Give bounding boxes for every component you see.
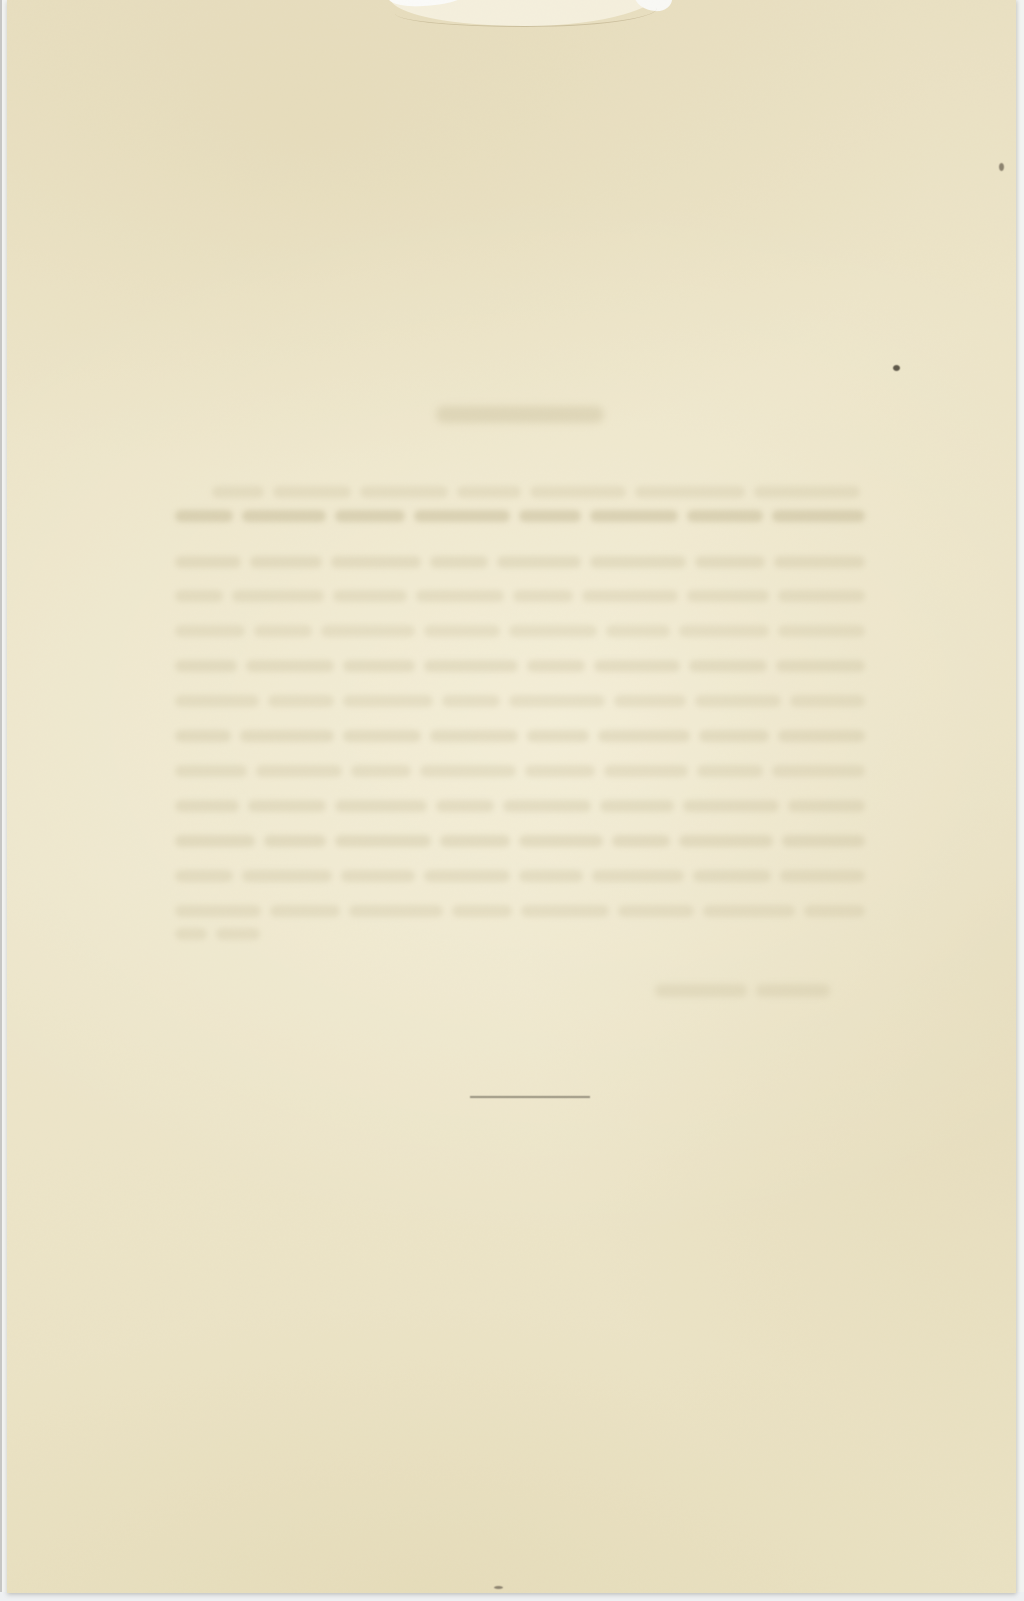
separator-rule xyxy=(470,1096,590,1098)
faded-word-smudge xyxy=(776,660,865,672)
faded-word-smudge xyxy=(756,984,830,997)
faded-word-smudge xyxy=(519,835,603,847)
faded-word-smudge xyxy=(273,486,351,498)
faded-word-smudge xyxy=(695,556,765,568)
faded-word-smudge xyxy=(424,660,518,672)
faded-line-smudge xyxy=(175,835,865,847)
faded-word-smudge xyxy=(175,510,233,522)
faded-word-smudge xyxy=(697,765,763,777)
faded-word-smudge xyxy=(683,800,779,812)
bottom-fleck xyxy=(494,1586,503,1589)
faded-word-smudge xyxy=(414,510,510,522)
faded-word-smudge xyxy=(590,556,686,568)
faded-word-smudge xyxy=(175,905,261,917)
faded-line-smudge xyxy=(175,590,865,602)
faded-word-smudge xyxy=(452,905,512,917)
faded-word-smudge xyxy=(264,835,326,847)
faded-word-smudge xyxy=(592,870,684,882)
faded-word-smudge xyxy=(175,695,259,707)
faded-line-smudge xyxy=(212,486,860,498)
faded-word-smudge xyxy=(703,905,795,917)
faded-word-smudge xyxy=(790,695,865,707)
faded-word-smudge xyxy=(436,800,494,812)
faded-word-smudge xyxy=(509,695,605,707)
faded-word-smudge xyxy=(242,870,332,882)
faded-word-smudge xyxy=(655,984,747,997)
faded-word-smudge xyxy=(335,510,405,522)
faded-word-smudge xyxy=(527,730,589,742)
faded-word-smudge xyxy=(687,590,769,602)
faded-word-smudge xyxy=(175,765,247,777)
faded-word-smudge xyxy=(527,660,585,672)
faded-word-smudge xyxy=(782,835,865,847)
faded-word-smudge xyxy=(772,765,865,777)
faded-line-smudge xyxy=(175,625,865,637)
faded-word-smudge xyxy=(416,590,504,602)
faded-word-smudge xyxy=(442,695,500,707)
faded-word-smudge xyxy=(582,590,678,602)
tear-outline xyxy=(395,1,657,29)
faded-signature-smudge xyxy=(655,984,830,997)
faded-line-smudge xyxy=(175,660,865,672)
faded-word-smudge xyxy=(351,765,411,777)
faded-word-smudge xyxy=(333,590,407,602)
faded-word-smudge xyxy=(513,590,573,602)
faded-word-smudge xyxy=(519,870,583,882)
faded-word-smudge xyxy=(693,870,771,882)
faded-word-smudge xyxy=(503,800,591,812)
faded-word-smudge xyxy=(436,406,604,423)
faded-word-smudge xyxy=(270,905,340,917)
scan-background: { "page": { "kind_label": "blank scanned… xyxy=(0,0,1024,1601)
faded-word-smudge xyxy=(614,695,686,707)
faded-line-smudge xyxy=(175,556,865,568)
faded-word-smudge xyxy=(689,660,767,672)
faded-word-smudge xyxy=(240,730,334,742)
faded-heading-smudge xyxy=(436,406,604,423)
faded-word-smudge xyxy=(497,556,581,568)
faded-word-smudge xyxy=(175,590,223,602)
scanner-left-edge-line xyxy=(0,0,2,1601)
faded-word-smudge xyxy=(430,730,518,742)
faded-word-smudge xyxy=(212,486,264,498)
faded-line-smudge xyxy=(175,928,260,940)
faded-word-smudge xyxy=(335,800,427,812)
faded-word-smudge xyxy=(175,556,241,568)
faded-line-smudge xyxy=(175,765,865,777)
faded-word-smudge xyxy=(250,556,322,568)
faded-word-smudge xyxy=(175,835,255,847)
faded-word-smudge xyxy=(242,510,326,522)
faded-word-smudge xyxy=(509,625,597,637)
scanner-bottom-strip xyxy=(0,1592,1024,1601)
faded-word-smudge xyxy=(679,835,773,847)
faded-word-smudge xyxy=(774,556,865,568)
faded-line-smudge xyxy=(175,695,865,707)
faded-word-smudge xyxy=(679,625,769,637)
faded-word-smudge xyxy=(519,510,581,522)
faded-word-smudge xyxy=(590,510,678,522)
faded-word-smudge xyxy=(695,695,781,707)
faded-word-smudge xyxy=(778,590,865,602)
faded-word-smudge xyxy=(341,870,415,882)
faded-word-smudge xyxy=(699,730,769,742)
faded-word-smudge xyxy=(612,835,670,847)
faded-word-smudge xyxy=(600,800,674,812)
faded-word-smudge xyxy=(175,730,231,742)
faded-word-smudge xyxy=(780,870,865,882)
faded-word-smudge xyxy=(606,625,670,637)
faded-word-smudge xyxy=(331,556,421,568)
faded-word-smudge xyxy=(778,730,865,742)
faded-word-smudge xyxy=(424,625,500,637)
faded-word-smudge xyxy=(343,660,415,672)
faded-word-smudge xyxy=(687,510,763,522)
faded-word-smudge xyxy=(175,660,237,672)
paper-grain-texture xyxy=(7,0,1016,1593)
faded-word-smudge xyxy=(754,486,860,498)
faded-line-smudge xyxy=(175,730,865,742)
faded-word-smudge xyxy=(360,486,448,498)
faded-word-smudge xyxy=(248,800,326,812)
faded-word-smudge xyxy=(604,765,688,777)
faded-word-smudge xyxy=(635,486,745,498)
faded-line-smudge xyxy=(175,800,865,812)
faded-word-smudge xyxy=(804,905,865,917)
faded-word-smudge xyxy=(343,730,421,742)
faded-word-smudge xyxy=(594,660,680,672)
faded-word-smudge xyxy=(598,730,690,742)
faded-word-smudge xyxy=(175,625,245,637)
faded-word-smudge xyxy=(525,765,595,777)
faded-word-smudge xyxy=(349,905,443,917)
faded-word-smudge xyxy=(232,590,324,602)
faded-line-smudge xyxy=(175,870,865,882)
faded-word-smudge xyxy=(521,905,609,917)
faded-word-smudge xyxy=(788,800,865,812)
faded-word-smudge xyxy=(254,625,312,637)
faded-word-smudge xyxy=(457,486,521,498)
scanned-page xyxy=(7,0,1016,1593)
faded-word-smudge xyxy=(256,765,342,777)
faded-word-smudge xyxy=(424,870,510,882)
faded-line-smudge xyxy=(175,905,865,917)
faded-word-smudge xyxy=(772,510,865,522)
faded-word-smudge xyxy=(175,928,207,940)
faded-word-smudge xyxy=(430,556,488,568)
ink-speck xyxy=(893,365,900,371)
faded-word-smudge xyxy=(216,928,260,940)
faded-line-smudge xyxy=(175,510,865,522)
faded-word-smudge xyxy=(246,660,334,672)
right-fleck xyxy=(999,163,1004,171)
faded-word-smudge xyxy=(778,625,865,637)
faded-word-smudge xyxy=(440,835,510,847)
faded-word-smudge xyxy=(420,765,516,777)
faded-word-smudge xyxy=(175,800,239,812)
faded-word-smudge xyxy=(321,625,415,637)
faded-word-smudge xyxy=(618,905,694,917)
faded-word-smudge xyxy=(530,486,626,498)
faded-word-smudge xyxy=(268,695,334,707)
faded-word-smudge xyxy=(175,870,233,882)
faded-word-smudge xyxy=(335,835,431,847)
faded-word-smudge xyxy=(343,695,433,707)
